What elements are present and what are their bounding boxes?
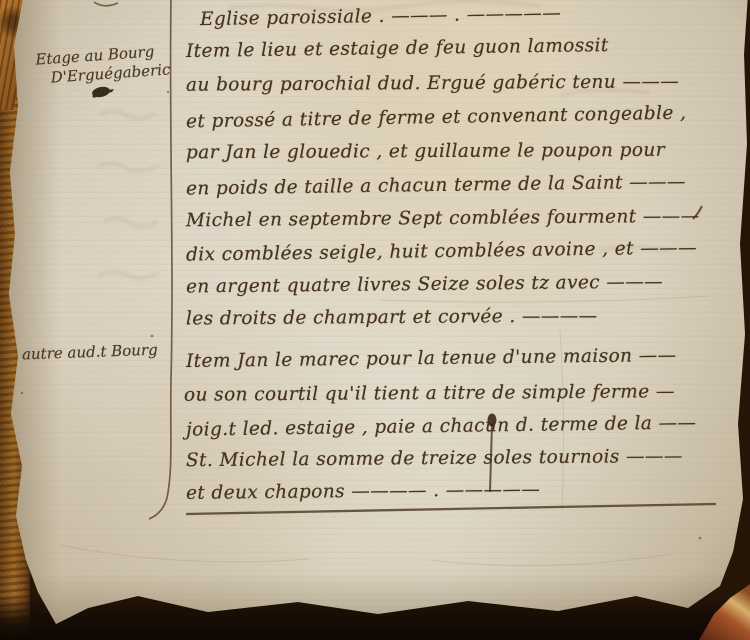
margin-ink-blot (91, 85, 114, 99)
closing-rule-line (186, 504, 716, 514)
entry-2-line-2: ou son courtil qu'il tient a titre de si… (184, 381, 675, 405)
entry-1-line-6: Michel en septembre Sept comblées fourme… (186, 206, 700, 231)
entry-1-line-4: par Jan le glouedic , et guillaume le po… (186, 140, 665, 164)
entry-1-line-2: au bourg parochial dud. Ergué gabéric te… (186, 71, 679, 95)
entry-2-line-4: St. Michel la somme de treize soles tour… (186, 446, 683, 471)
top-edge-pen-mark (94, 2, 118, 6)
manuscript-photo: Eglise paroissiale . ——— . ————— Etage a… (0, 0, 750, 640)
entry-2-line-5: et deux chapons ———— . ————— (186, 479, 540, 504)
entry-1-line-9: les droits de champart et corvée . ———— (186, 306, 598, 330)
